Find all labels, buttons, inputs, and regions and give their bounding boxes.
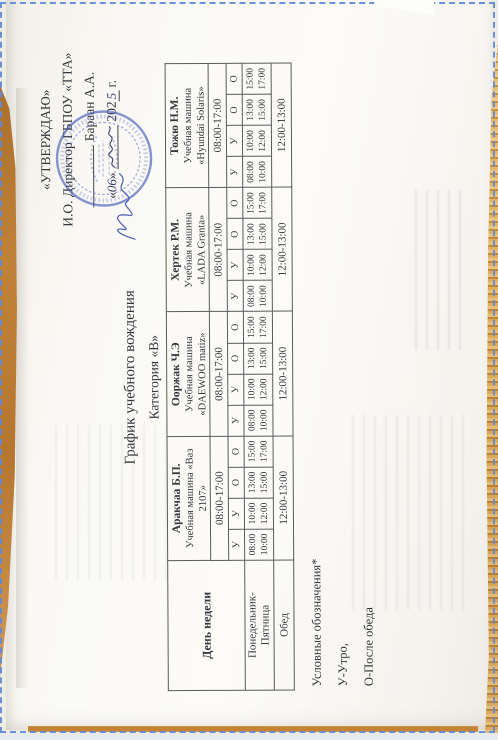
legend-afternoon: О-После обеда [355, 558, 382, 686]
time-cell: 15:0017:00 [243, 312, 272, 343]
year-suffix: г. [104, 80, 119, 87]
table-row: Обед 12:00-13:00 12:00-13:00 12:00-13:00… [271, 63, 294, 690]
hours-cell: 08:00-17:00 [210, 436, 229, 560]
table-row: Понедельник- Пятница 08:0010:00 10:0012:… [242, 63, 274, 690]
document-title-block: График учебного вождения Категория «В» [121, 63, 164, 691]
lunch-time-cell: 12:00-13:00 [271, 63, 292, 187]
time-cell: 10:0012:00 [244, 374, 273, 405]
handwritten-year-digit: 5 [104, 91, 120, 102]
time-cell: 08:0010:00 [243, 156, 272, 187]
lunch-time-cell: 12:00-13:00 [273, 436, 294, 560]
session-code-cell: У [228, 405, 244, 436]
time-cell: 10:0012:00 [244, 498, 273, 529]
hours-cell: 08:00-17:00 [209, 312, 228, 436]
time-cell: 13:0015:00 [244, 343, 273, 374]
time-cell: 10:0012:00 [243, 250, 272, 281]
session-code-cell: О [227, 312, 243, 343]
lunch-time-cell: 12:00-13:00 [272, 187, 293, 311]
time-cell: 08:0010:00 [243, 281, 272, 312]
session-code-cell: У [228, 374, 244, 405]
instructor-header-cell: Ооржак Ч.Э Учебная машина «DAEWOO matiz» [166, 312, 210, 436]
hours-cell: 08:00-17:00 [208, 63, 227, 187]
instructor-header-cell: Хертек Р.М. Учебная машина «LADA Granta» [166, 188, 210, 312]
session-code-cell: У [227, 157, 243, 188]
instructor-header-cell: Тожю Н.М. Учебная машина «Hyundai Solari… [165, 63, 209, 188]
session-code-cell: У [227, 250, 243, 281]
driving-schedule-table: День недели Аракчаа Б.П. Учебная машина … [165, 63, 295, 692]
legend-heading: Условные обозначения* [303, 559, 330, 687]
page-title: График учебного вождения [121, 63, 141, 691]
session-code-cell: У [228, 498, 244, 529]
photo-bottom-margin [0, 733, 498, 740]
hours-cell: 08:00-17:00 [209, 188, 228, 312]
time-cell: 15:0017:00 [243, 187, 272, 218]
category-subtitle: Категория «В» [145, 63, 164, 691]
session-code-cell: О [226, 63, 242, 94]
session-code-cell: О [226, 94, 242, 125]
day-range-cell: Понедельник- Пятница [245, 560, 275, 690]
time-cell: 13:0015:00 [243, 219, 272, 250]
session-code-cell: У [229, 529, 245, 560]
session-code-cell: О [227, 188, 243, 219]
instructor-header-cell: Аракчаа Б.П. Учебная машина «Ваз 2107» [167, 436, 211, 560]
time-cell: 13:0015:00 [242, 94, 271, 125]
session-code-cell: О [227, 219, 243, 250]
lunch-time-cell: 12:00-13:00 [272, 311, 293, 435]
time-cell: 15:0017:00 [244, 436, 273, 467]
lunch-label-cell: Обед [274, 560, 295, 690]
day-header-cell: День недели [168, 560, 246, 691]
session-code-cell: У [226, 126, 242, 157]
time-cell: 13:0015:00 [244, 467, 273, 498]
session-code-cell: О [228, 467, 244, 498]
scanned-document-photo: «УТВЕРЖДАЮ» И.О. Директор ГБПОУ «ТТА» Ба… [0, 0, 498, 740]
time-cell: 08:0010:00 [244, 405, 273, 436]
time-cell: 15:0017:00 [242, 63, 271, 94]
table-row: День недели Аракчаа Б.П. Учебная машина … [165, 63, 211, 690]
wood-table-bottom-sliver [28, 727, 478, 731]
legend-block: Условные обозначения* У-Утро, О-После об… [303, 558, 382, 686]
session-code-cell: У [227, 281, 243, 312]
legend-morning: У-Утро, [329, 558, 356, 686]
document-content: «УТВЕРЖДАЮ» И.О. Директор ГБПОУ «ТТА» Ба… [4, 6, 482, 718]
time-cell: 10:0012:00 [242, 125, 271, 156]
session-code-cell: О [228, 436, 244, 467]
time-cell: 08:0010:00 [245, 529, 274, 560]
session-code-cell: О [228, 343, 244, 374]
